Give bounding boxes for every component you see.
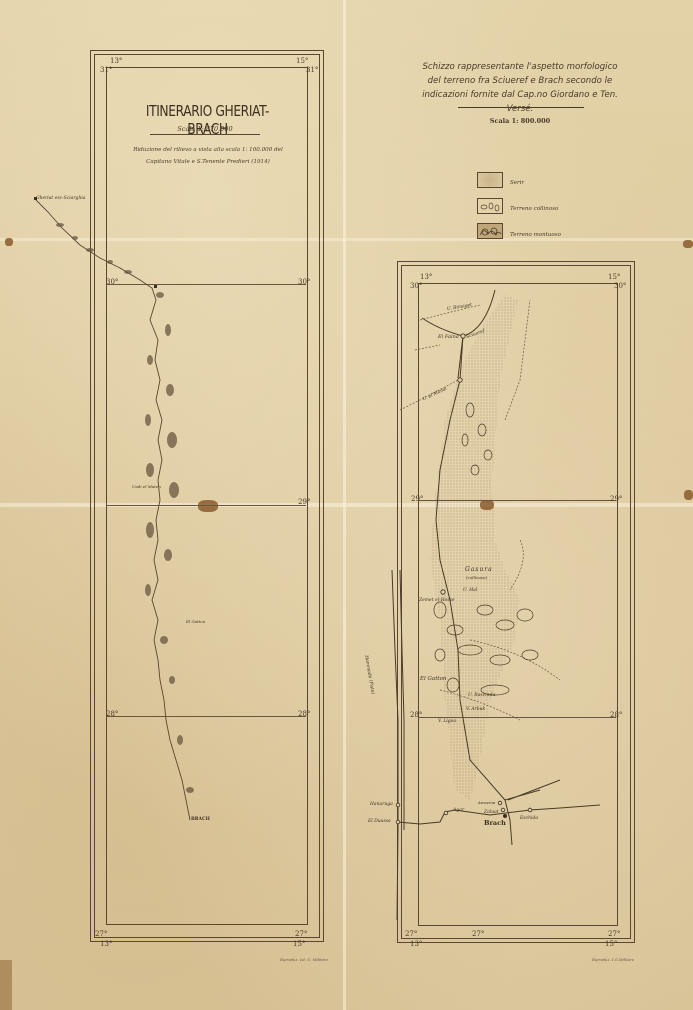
right-terrain-sketch [0, 0, 693, 1010]
place-label: Zemet el-Hosse [419, 598, 455, 603]
place-label: U. Rascinda [468, 693, 495, 698]
serir-area [430, 295, 520, 800]
place-label: V. Arbuk [466, 707, 485, 712]
place-label: V. Ligoa [438, 719, 456, 724]
place-label-brach: Brach [484, 819, 506, 827]
place-label: Agar [453, 808, 464, 813]
place-label: U. Hal [463, 588, 477, 593]
place-label: Hanaruga [370, 802, 393, 807]
place-label: Zaluat [484, 810, 499, 815]
place-label: (collinoso) [466, 575, 487, 580]
place-label: El Gatton [420, 676, 446, 682]
place-label: Amsema [478, 800, 495, 805]
place-label: El Duassa [368, 819, 391, 824]
place-label: Gasura [465, 566, 493, 573]
place-label: Eschida [520, 816, 538, 821]
place-label: El Faina [438, 334, 459, 340]
